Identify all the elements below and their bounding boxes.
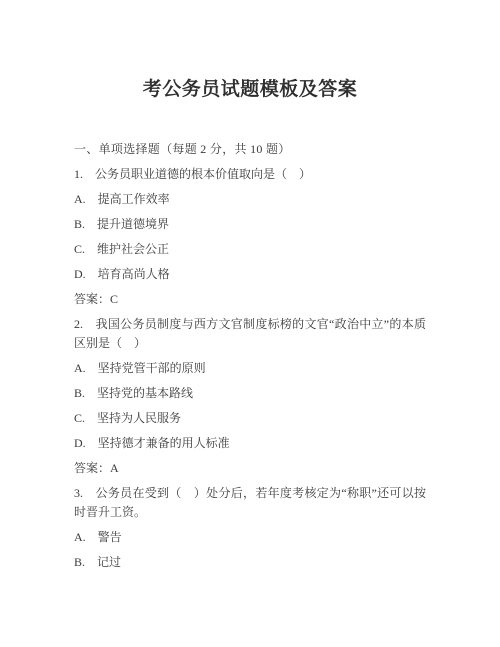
question-2-option-a: A. 坚持党管干部的原则	[74, 359, 426, 378]
question-1-option-c: C. 维护社会公正	[74, 240, 426, 259]
question-2-option-d: D. 坚持德才兼备的用人标准	[74, 434, 426, 453]
question-1-stem: 1. 公务员职业道德的根本价值取向是（ ）	[74, 165, 426, 184]
question-2-option-b: B. 坚持党的基本路线	[74, 384, 426, 403]
question-1-option-b: B. 提升道德境界	[74, 215, 426, 234]
document-page: 考公务员试题模板及答案 一、单项选择题（每题 2 分，共 10 题） 1. 公务…	[0, 0, 500, 647]
question-2-option-c: C. 坚持为人民服务	[74, 409, 426, 428]
question-1-option-a: A. 提高工作效率	[74, 190, 426, 209]
document-title: 考公务员试题模板及答案	[74, 76, 426, 104]
question-3-option-b: B. 记过	[74, 553, 426, 572]
question-2-stem: 2. 我国公务员制度与西方文官制度标榜的文官“政治中立”的本质区别是（ ）	[74, 315, 426, 353]
question-3-option-a: A. 警告	[74, 528, 426, 547]
question-3-stem: 3. 公务员在受到（ ）处分后，若年度考核定为“称职”还可以按时晋升工资。	[74, 484, 426, 522]
section-header: 一、单项选择题（每题 2 分，共 10 题）	[74, 140, 426, 159]
question-1-option-d: D. 培育高尚人格	[74, 265, 426, 284]
question-2-answer: 答案：A	[74, 459, 426, 478]
question-1-answer: 答案：C	[74, 290, 426, 309]
